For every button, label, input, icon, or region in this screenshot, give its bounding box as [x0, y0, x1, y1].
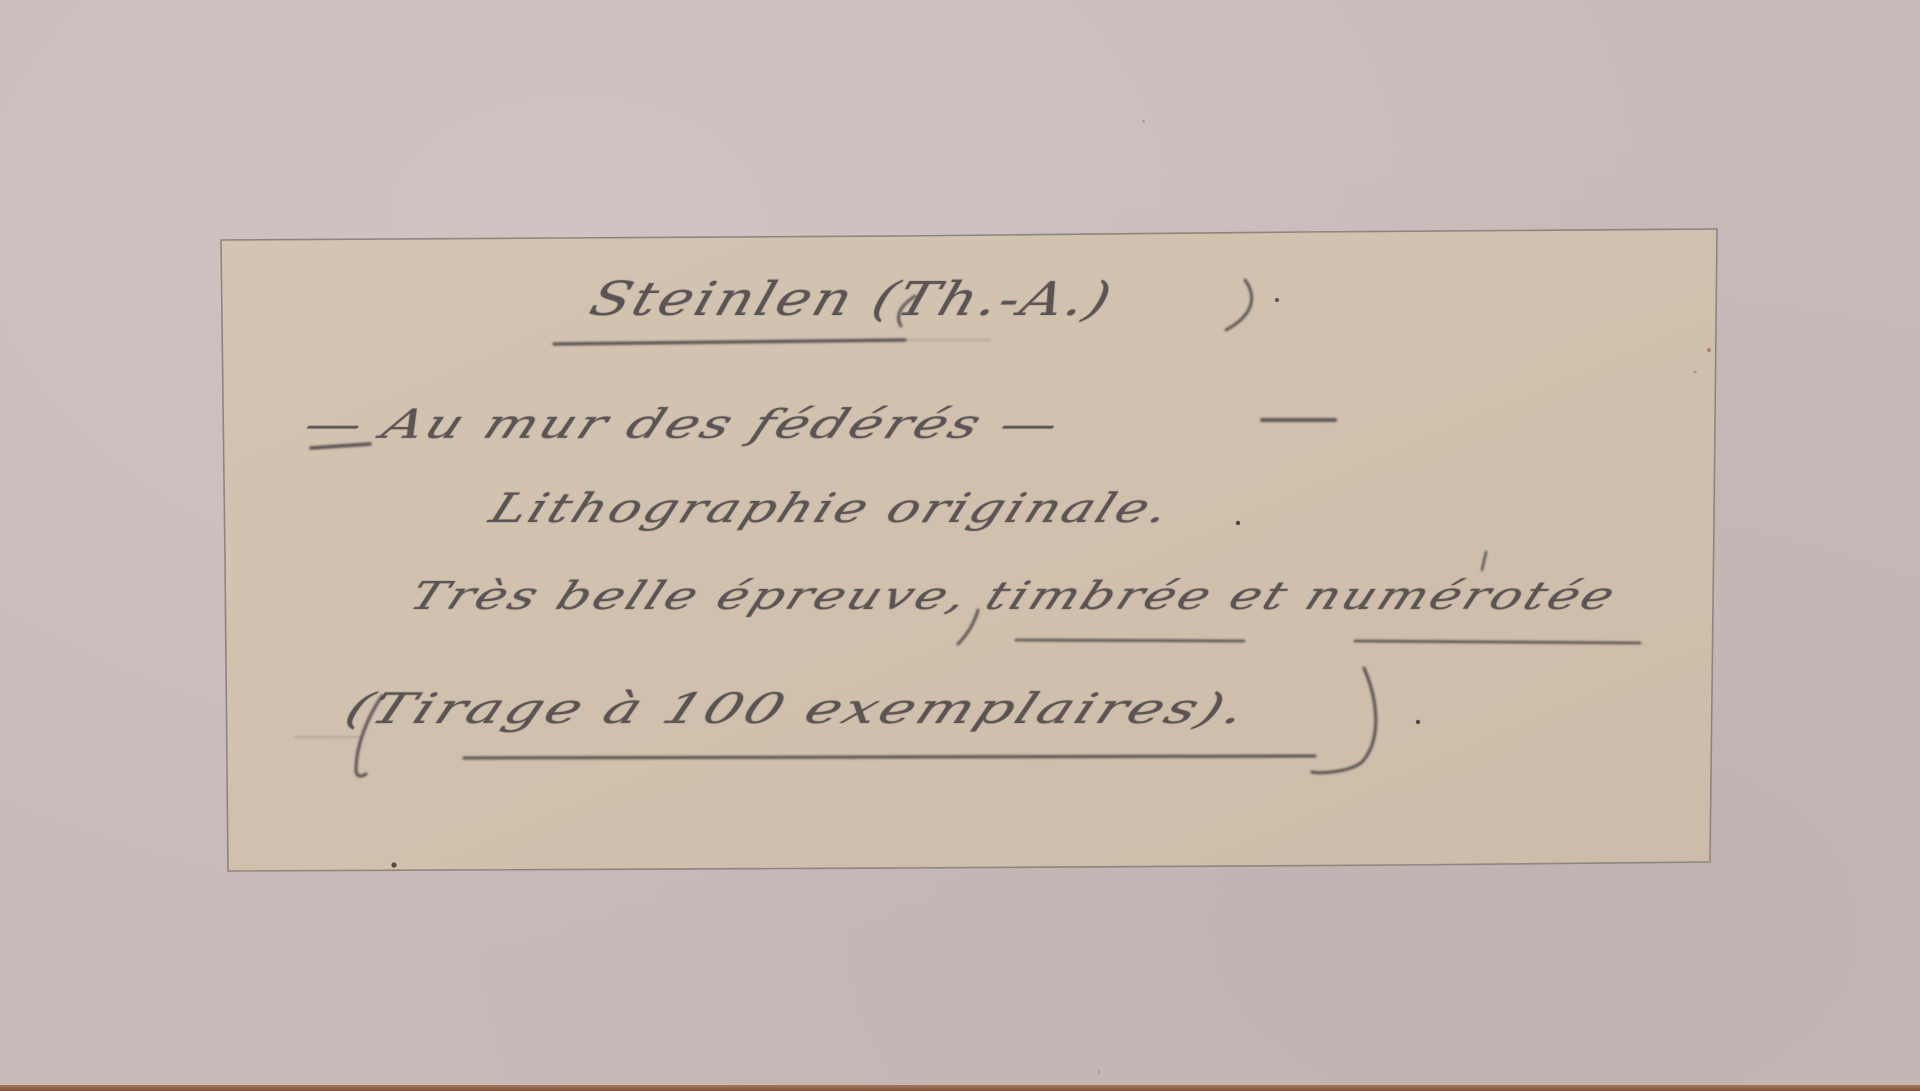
mat-speck — [1142, 120, 1145, 123]
wooden-frame-edge — [0, 1085, 1920, 1091]
mounting-board — [0, 0, 1920, 1085]
mat-speck — [1098, 1070, 1100, 1074]
